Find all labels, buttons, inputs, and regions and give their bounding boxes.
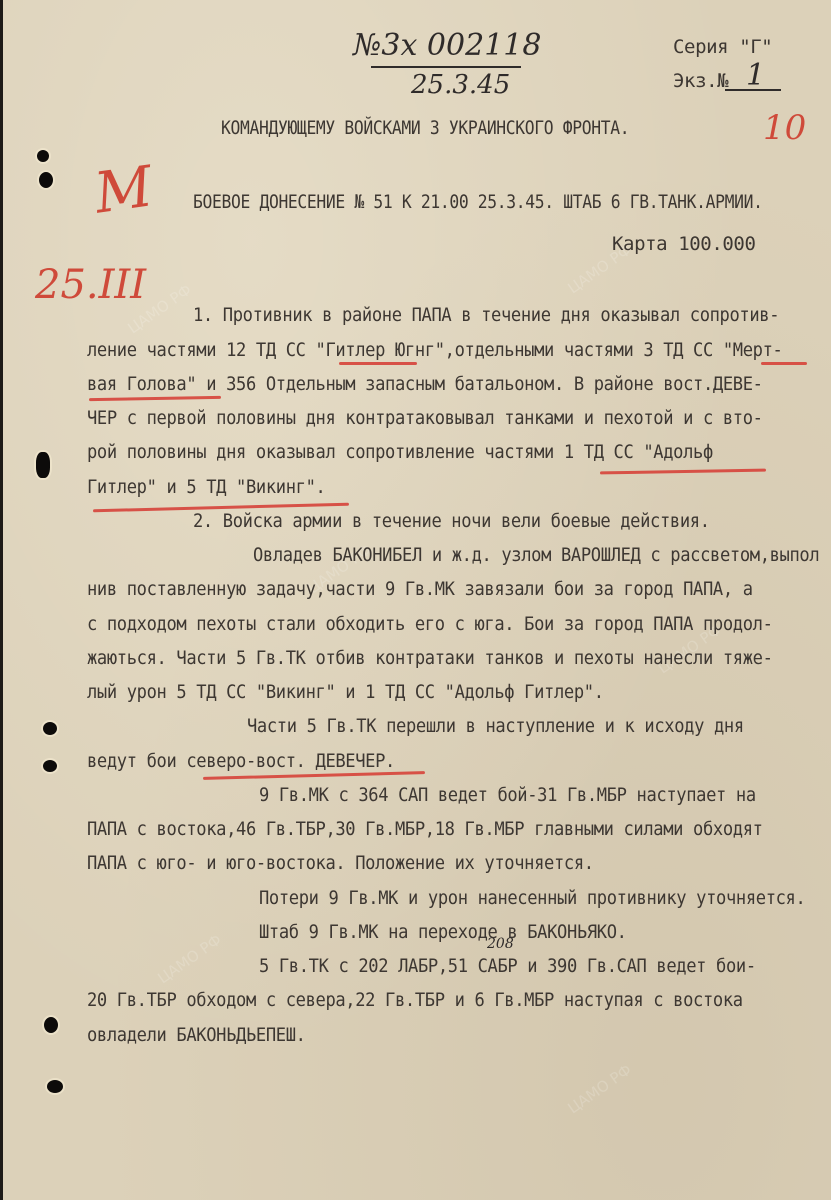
- document-page: ЦАМО РФ ЦАМО РФ ЦАМО РФ ЦАМО РФ ЦАМО РФ …: [0, 0, 831, 1200]
- body-line: 20 Гв.ТБР обходом с севера,22 Гв.ТБР и 6…: [87, 989, 743, 1011]
- body-line: вая Голова" и 356 Отдельным запасным бат…: [87, 373, 763, 395]
- punch-hole: [43, 722, 57, 735]
- watermark: ЦАМО РФ: [154, 931, 224, 988]
- body-line: ПАПА с юго- и юго-востока. Положение их …: [87, 852, 594, 874]
- body-line: ление частями 12 ТД СС "Гитлер Югнг",отд…: [87, 339, 782, 361]
- body-line: нив поставленную задачу,части 9 Гв.МК за…: [87, 578, 753, 600]
- red-underline: [89, 396, 221, 401]
- registration-date: 25.3.45: [411, 70, 510, 100]
- page-number: 10: [763, 108, 806, 148]
- copy-rule: [725, 89, 781, 91]
- body-line: 1. Противник в районе ПАПА в течение дня…: [193, 304, 779, 326]
- body-line: жаються. Части 5 Гв.ТК отбив контратаки …: [87, 647, 773, 669]
- body-line: Штаб 9 Гв.МК на переходе в БАКОНЬЯКО.: [259, 921, 627, 943]
- body-line: лый урон 5 ТД СС "Викинг" и 1 ТД СС "Адо…: [87, 681, 604, 703]
- copy-number: 1: [746, 58, 765, 93]
- body-line: ЧЕР с первой половины дня контратаковыва…: [87, 407, 763, 429]
- punch-hole: [47, 1080, 63, 1093]
- report-title: БОЕВОЕ ДОНЕСЕНИЕ № 51 К 21.00 25.3.45. Ш…: [193, 191, 763, 213]
- body-line: 2. Войска армии в течение ночи вели боев…: [193, 510, 710, 532]
- body-line: Потери 9 Гв.МК и урон нанесенный противн…: [259, 887, 805, 909]
- red-underline: [600, 469, 766, 475]
- margin-note-date: 25.III: [35, 262, 146, 308]
- body-line: рой половины дня оказывал сопротивление …: [87, 441, 713, 463]
- registration-rule: [371, 66, 521, 68]
- punch-hole: [39, 172, 53, 188]
- body-line: овладели БАКОНЬДЬЕПЕШ.: [87, 1024, 306, 1046]
- red-underline: [339, 362, 417, 365]
- body-line: 9 Гв.МК с 364 САП ведет бой-31 Гв.МБР на…: [259, 784, 756, 806]
- body-line: ведут бои северо-вост. ДЕВЕЧЕР.: [87, 750, 395, 772]
- body-line: Овладев БАКОНИБЕЛ и ж.д. узлом ВАРОШЛЕД …: [253, 544, 819, 566]
- punch-hole: [36, 452, 50, 478]
- punch-hole: [37, 150, 49, 162]
- body-line: с подходом пехоты стали обходить его с ю…: [87, 613, 773, 635]
- series-label: Серия "Г": [673, 36, 772, 58]
- body-line: Гитлер" и 5 ТД "Викинг".: [87, 476, 325, 498]
- punch-hole: [43, 760, 57, 772]
- margin-note-resolution: М: [91, 154, 157, 226]
- addressee: КОМАНДУЮЩЕМУ ВОЙСКАМИ 3 УКРАИНСКОГО ФРОН…: [221, 117, 629, 139]
- body-line: 5 Гв.ТК с 202 ЛАБР,51 САБР и 390 Гв.САП …: [259, 955, 756, 977]
- body-line: Части 5 Гв.ТК перешли в наступление и к …: [247, 715, 744, 737]
- red-underline: [761, 362, 807, 365]
- copy-label: Экз.№: [673, 70, 728, 92]
- watermark: ЦАМО РФ: [564, 1061, 634, 1118]
- handwritten-correction: 208: [487, 936, 514, 952]
- map-reference: Карта 100.000: [612, 233, 756, 255]
- punch-hole: [44, 1017, 58, 1033]
- body-line: ПАПА с востока,46 Гв.ТБР,30 Гв.МБР,18 Гв…: [87, 818, 763, 840]
- red-underline: [203, 771, 425, 780]
- registration-number: №3х 002118: [353, 28, 541, 63]
